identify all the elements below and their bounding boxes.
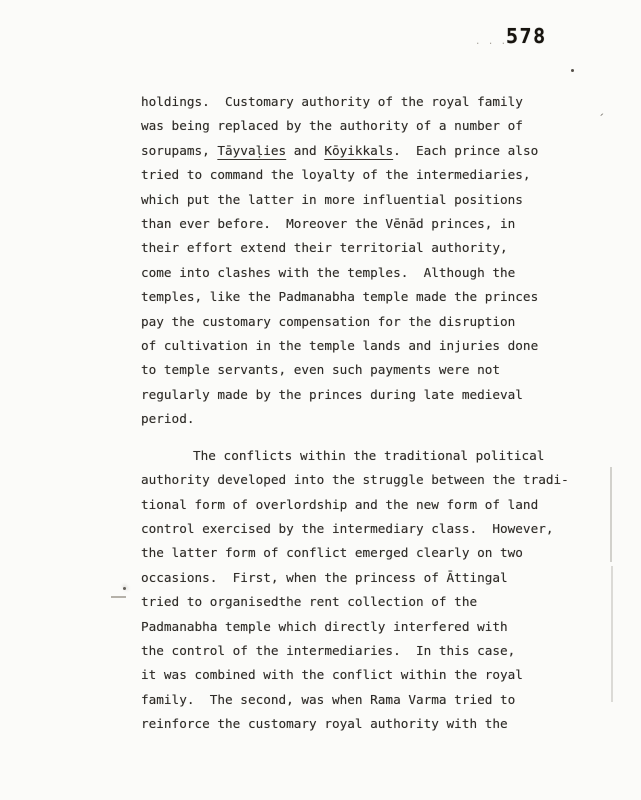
text-segment: regularly made by the princes during lat… <box>141 387 523 402</box>
text-segment: control exercised by the intermediary cl… <box>141 521 553 536</box>
text-segment: occasions. First, when the princess of Ā… <box>141 570 508 585</box>
text-segment: was being replaced by the authority of a… <box>141 118 523 133</box>
text-line: control exercised by the intermediary cl… <box>141 517 601 541</box>
text-segment: period. <box>141 411 194 426</box>
text-line: reinforce the customary royal authority … <box>141 712 601 736</box>
text-line: Padmanabha temple which directly interfe… <box>141 615 601 639</box>
text-segment: to temple servants, even such payments w… <box>141 362 500 377</box>
text-segment: tried to organisedthe rent collection of… <box>141 594 477 609</box>
text-line: come into clashes with the temples. Alth… <box>141 261 601 285</box>
underlined-term: Kōyikkals <box>324 143 393 158</box>
text-line: which put the latter in more influential… <box>141 188 601 212</box>
text-segment: the control of the intermediaries. In th… <box>141 643 515 658</box>
text-line: period. <box>141 407 601 431</box>
text-line: The conflicts within the traditional pol… <box>141 444 601 468</box>
scanned-manuscript-page: . . . 578 ´ holdings. Customary authorit… <box>0 0 641 800</box>
text-line: tional form of overlordship and the new … <box>141 493 601 517</box>
text-line: holdings. Customary authority of the roy… <box>141 90 601 114</box>
text-segment: tried to command the loyalty of the inte… <box>141 167 531 182</box>
text-segment: Padmanabha temple which directly interfe… <box>141 619 508 634</box>
text-segment: sorupams, <box>141 143 217 158</box>
body-text: holdings. Customary authority of the roy… <box>141 90 601 737</box>
text-line: the control of the intermediaries. In th… <box>141 639 601 663</box>
text-segment: their effort extend their territorial au… <box>141 240 508 255</box>
text-line: temples, like the Padmanabha temple made… <box>141 285 601 309</box>
scan-artifact-speck <box>571 69 574 72</box>
scan-artifact-scratch-line <box>610 467 612 562</box>
text-line: tried to organisedthe rent collection of… <box>141 590 601 614</box>
paragraph: The conflicts within the traditional pol… <box>141 444 601 737</box>
text-line: of cultivation in the temple lands and i… <box>141 334 601 358</box>
text-line: authority developed into the struggle be… <box>141 468 601 492</box>
text-segment: the latter form of conflict emerged clea… <box>141 545 523 560</box>
text-segment: it was combined with the conflict within… <box>141 667 523 682</box>
text-segment: temples, like the Padmanabha temple made… <box>141 289 538 304</box>
text-segment: . Each prince also <box>393 143 538 158</box>
text-line: regularly made by the princes during lat… <box>141 383 601 407</box>
text-line: was being replaced by the authority of a… <box>141 114 601 138</box>
text-segment: holdings. Customary authority of the roy… <box>141 94 523 109</box>
text-line: than ever before. Moreover the Vēnād pri… <box>141 212 601 236</box>
text-line: sorupams, Tāyvaḷies and Kōyikkals. Each … <box>141 139 601 163</box>
page-number: 578 <box>506 24 547 48</box>
text-segment: pay the customary compensation for the d… <box>141 314 515 329</box>
scan-artifact-dots: . . . <box>475 37 507 47</box>
paragraph: holdings. Customary authority of the roy… <box>141 90 601 432</box>
text-line: the latter form of conflict emerged clea… <box>141 541 601 565</box>
text-line: pay the customary compensation for the d… <box>141 310 601 334</box>
text-segment: than ever before. Moreover the Vēnād pri… <box>141 216 515 231</box>
text-segment: which put the latter in more influential… <box>141 192 523 207</box>
underlined-term: Tāyvaḷies <box>217 143 286 158</box>
text-segment: and <box>286 143 324 158</box>
text-line: their effort extend their territorial au… <box>141 236 601 260</box>
scan-artifact-scratch-line <box>611 566 613 702</box>
text-segment: reinforce the customary royal authority … <box>141 716 508 731</box>
scan-artifact-smudge <box>111 596 126 598</box>
text-segment: come into clashes with the temples. Alth… <box>141 265 515 280</box>
text-line: tried to command the loyalty of the inte… <box>141 163 601 187</box>
text-line: occasions. First, when the princess of Ā… <box>141 566 601 590</box>
text-segment: of cultivation in the temple lands and i… <box>141 338 538 353</box>
text-line: family. The second, was when Rama Varma … <box>141 688 601 712</box>
text-segment: authority developed into the struggle be… <box>141 472 569 487</box>
text-line: to temple servants, even such payments w… <box>141 358 601 382</box>
scan-artifact-smudge <box>123 587 126 590</box>
text-segment: tional form of overlordship and the new … <box>141 497 538 512</box>
text-segment: family. The second, was when Rama Varma … <box>141 692 515 707</box>
text-segment: The conflicts within the traditional pol… <box>193 448 544 463</box>
text-line: it was combined with the conflict within… <box>141 663 601 687</box>
